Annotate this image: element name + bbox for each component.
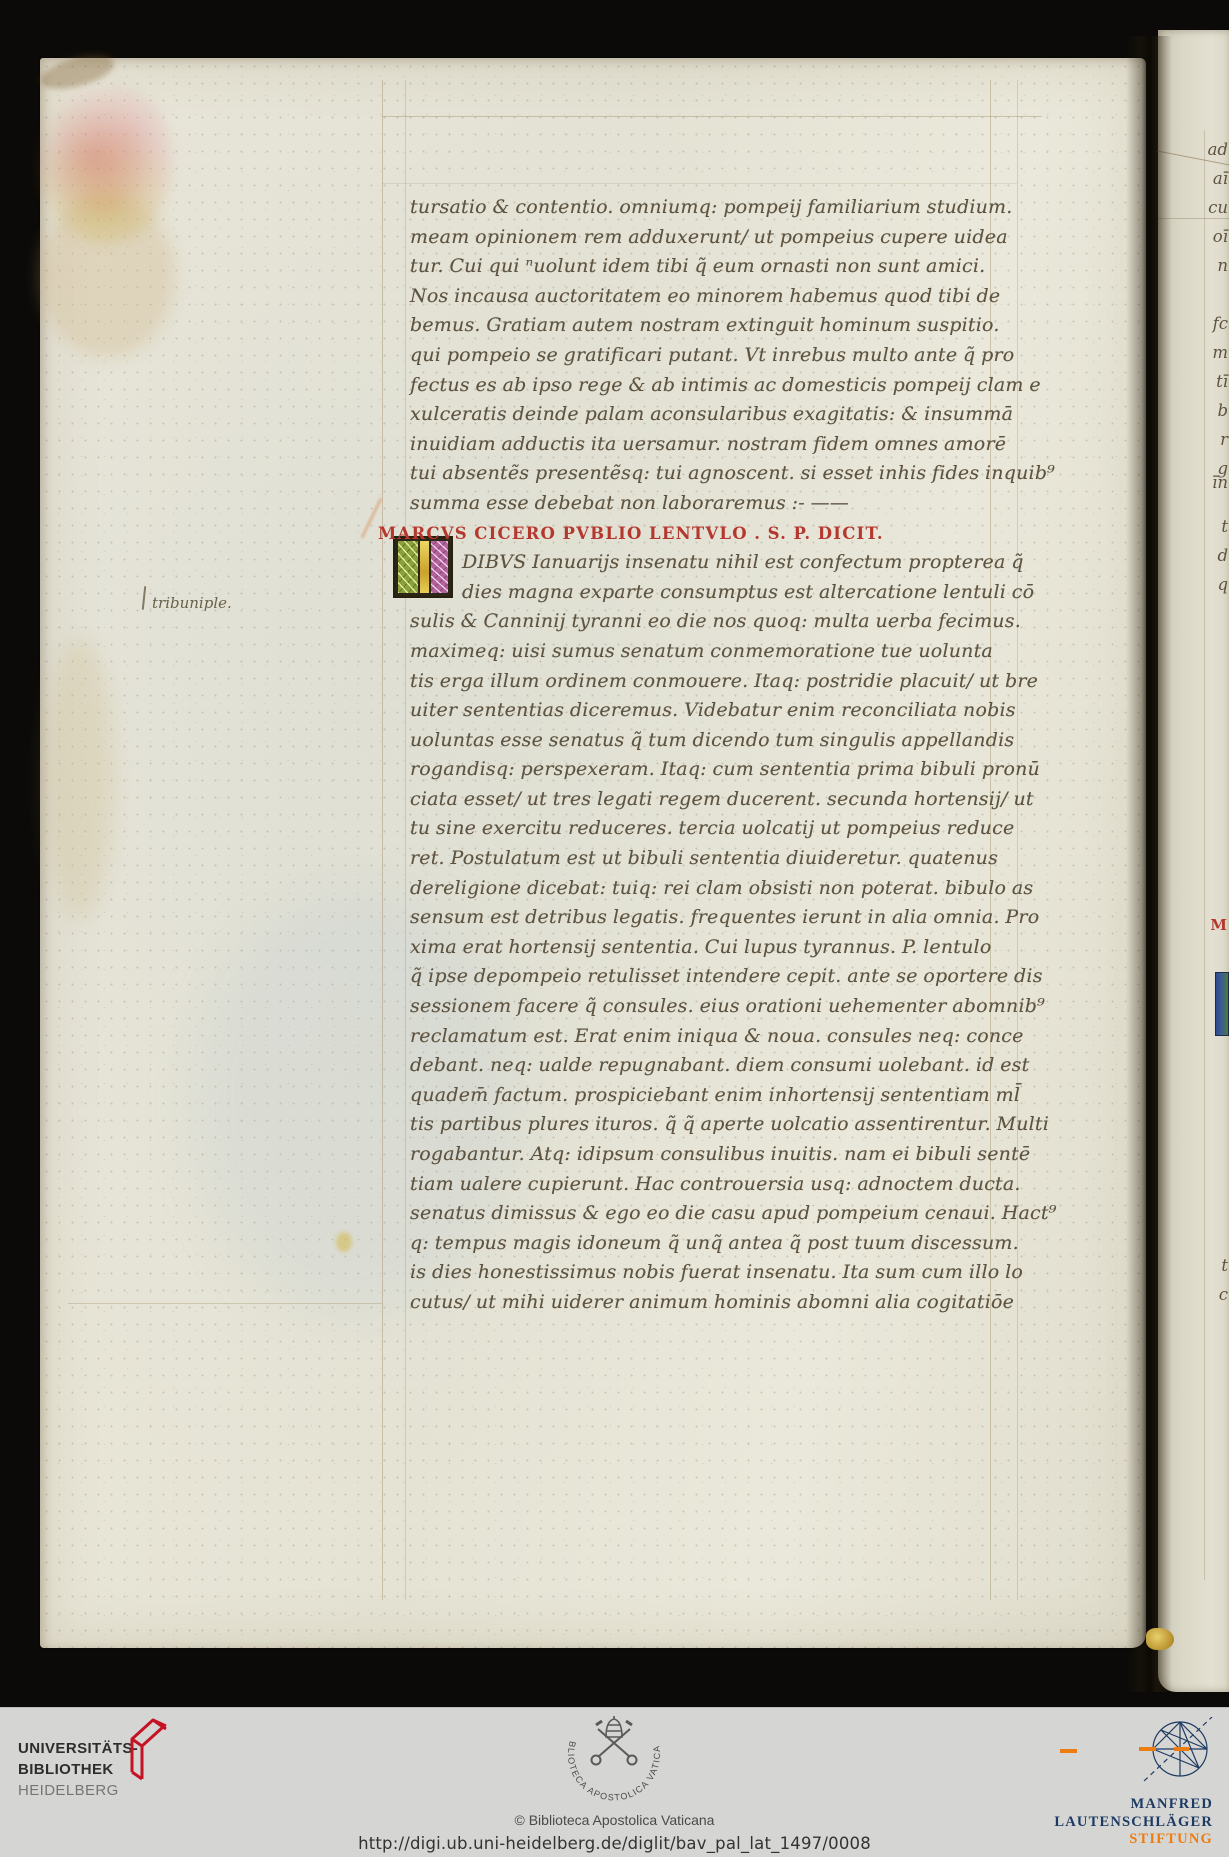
manuscript-line: rogabantur. Atq: idipsum consulibus inui… xyxy=(410,1140,1010,1170)
manuscript-line: inuidiam adductis ita uersamur. nostram … xyxy=(410,430,1010,460)
manuscript-line: xima erat hortensij sententia. Cui lupus… xyxy=(410,933,1010,963)
rubric-line: MARCVS CICERO PVBLIO LENTVLO . S. P. DIC… xyxy=(378,519,1010,549)
scan-viewport: I tursatio & contentio. omniumq: pompeij… xyxy=(0,0,1229,1857)
facing-text-fragment: cu xyxy=(1208,198,1228,218)
manuscript-line: tis erga illum ordinem conmouere. Itaq: … xyxy=(410,667,1010,697)
manuscript-line: uoluntas esse senatus q̃ tum dicendo tum… xyxy=(410,726,1010,756)
manuscript-line: quadem̄ factum. prospiciebant enim inhor… xyxy=(410,1081,1010,1111)
manuscript-line: dereligione dicebat: tuiq: rei clam obsi… xyxy=(410,874,1010,904)
manuscript-line: sensum est detribus legatis. frequentes … xyxy=(410,903,1010,933)
manuscript-line: q̃ ipse depompeio retulisset intendere c… xyxy=(410,962,1010,992)
orange-dash xyxy=(1060,1749,1077,1753)
stain xyxy=(336,1232,352,1252)
facing-text-fragment: īn xyxy=(1212,473,1228,493)
facing-text-fragment: c xyxy=(1219,1285,1228,1305)
manuscript-line: rogandisq: perspexeram. Itaq: cum senten… xyxy=(410,755,1010,785)
sewing-tab xyxy=(1146,1628,1174,1650)
manuscript-line: sessionem facere q̃ consules. eius orati… xyxy=(410,992,1010,1022)
book-gutter xyxy=(1126,36,1172,1692)
ruling-line xyxy=(382,80,383,1600)
manuscript-line: meam opinionem rem adduxerunt/ ut pompei… xyxy=(410,223,1010,253)
manuscript-line: debant. neq: ualde repugnabant. diem con… xyxy=(410,1051,1010,1081)
ruling-line xyxy=(405,80,406,1600)
manuscript-line: cutus/ ut mihi uiderer animum hominis ab… xyxy=(410,1288,1010,1318)
foundation-name-line1: MANFRED xyxy=(1054,1796,1213,1814)
document-url: http://digi.ub.uni-heidelberg.de/diglit/… xyxy=(0,1834,1229,1853)
foundation-name-line3: STIFTUNG xyxy=(1054,1831,1213,1849)
facing-text-fragment: fc xyxy=(1213,314,1228,334)
manuscript-line: qui pompeio se gratificari putant. Vt in… xyxy=(410,341,1010,371)
copyright-line: © Biblioteca Apostolica Vaticana xyxy=(0,1812,1229,1828)
manuscript-line: Nos incausa auctoritatem eo minorem habe… xyxy=(410,282,1010,312)
facing-text-fragment: q xyxy=(1217,575,1228,595)
ruling-line xyxy=(1017,80,1018,1600)
manuscript-line: tui absentẽs presentẽsq: tui agnoscent. … xyxy=(410,459,1010,489)
library-logo-text: UNIVERSITÄTS- BIBLIOTHEK HEIDELBERG xyxy=(18,1738,138,1801)
manuscript-line: maximeq: uisi sumus senatum conmemoratio… xyxy=(410,637,1010,667)
vatican-seal-icon: BIBLIOTECA APOSTOLICA VATICANA xyxy=(552,1715,676,1806)
manuscript-line: q: tempus magis idoneum q̃ unq̃ antea q̃… xyxy=(410,1229,1010,1259)
facing-text-fragment: aī xyxy=(1213,169,1228,189)
manuscript-line: is dies honestissimus nobis fuerat insen… xyxy=(410,1258,1010,1288)
manuscript-page: I tursatio & contentio. omniumq: pompeij… xyxy=(40,58,1146,1648)
facing-text-fragment: ad xyxy=(1208,140,1228,160)
facing-text-fragment: b xyxy=(1217,401,1228,421)
facing-text-fragment: d xyxy=(1217,546,1228,566)
footer-bar: UNIVERSITÄTS- BIBLIOTHEK HEIDELBERG BIBL… xyxy=(0,1707,1229,1857)
manuscript-line: bemus. Gratiam autem nostram extinguit h… xyxy=(410,311,1010,341)
library-name-line2: BIBLIOTHEK xyxy=(18,1759,138,1780)
manuscript-line: senatus dimissus & ego eo die casu apud … xyxy=(410,1199,1010,1229)
margin-note: tribuniple. xyxy=(152,594,232,612)
foundation-name-line2: LAUTENSCHLÄGER xyxy=(1054,1814,1213,1832)
facing-text-fragment: t xyxy=(1221,517,1228,537)
ruling-line xyxy=(382,116,1042,117)
facing-text-fragment: r xyxy=(1220,430,1228,450)
manuscript-line: dies magna exparte consumptus est alterc… xyxy=(410,578,1010,608)
facing-text-fragment: tī xyxy=(1216,372,1228,392)
facing-initial-fragment xyxy=(1215,972,1229,1036)
manuscript-line: tursatio & contentio. omniumq: pompeij f… xyxy=(410,193,1010,223)
pigment-offset-stain xyxy=(40,86,172,244)
manuscript-line: ret. Postulatum est ut bibuli sententia … xyxy=(410,844,1010,874)
library-name-line3: HEIDELBERG xyxy=(18,1780,138,1801)
ruling-line xyxy=(382,183,1017,184)
manuscript-line: ciata esset/ ut tres legati regem ducere… xyxy=(410,785,1010,815)
ruling-line xyxy=(1204,130,1205,1580)
facing-text-fragment: n xyxy=(1217,256,1228,276)
foundation-emblem-icon xyxy=(1136,1717,1214,1790)
manuscript-line: fectus es ab ipso rege & ab intimis ac d… xyxy=(410,371,1010,401)
manuscript-line: DIBVS Ianuarijs insenatu nihil est confe… xyxy=(410,548,1010,578)
ruling-line xyxy=(68,1303,382,1304)
manuscript-line: tiam ualere cupierunt. Hac controuersia … xyxy=(410,1170,1010,1200)
library-name-line1: UNIVERSITÄTS- xyxy=(18,1738,138,1759)
manuscript-line: sulis & Canninij tyranni eo die nos quoq… xyxy=(410,607,1010,637)
manuscript-line: uiter sententias diceremus. Videbatur en… xyxy=(410,696,1010,726)
stain xyxy=(45,638,115,918)
manuscript-line: xulceratis deinde palam aconsularibus ex… xyxy=(410,400,1010,430)
manuscript-line: tis partibus plures ituros. q̃ q̃ aperte… xyxy=(410,1110,1010,1140)
manuscript-line: reclamatum est. Erat enim iniqua & noua.… xyxy=(410,1022,1010,1052)
foundation-logo-text: MANFRED LAUTENSCHLÄGER STIFTUNG xyxy=(1054,1796,1213,1849)
facing-text-fragment: m xyxy=(1212,343,1228,363)
facing-text-fragment: t xyxy=(1221,1256,1228,1276)
facing-text-fragment: oī xyxy=(1213,227,1228,247)
manuscript-line: tu sine exercitu reduceres. tercia uolca… xyxy=(410,814,1010,844)
library-book-icon xyxy=(123,1716,169,1789)
text-block: tursatio & contentio. omniumq: pompeij f… xyxy=(410,193,1010,1318)
manuscript-line: tur. Cui qui ⁿuolunt idem tibi q̃ eum or… xyxy=(410,252,1010,282)
facing-rubric-fragment: M xyxy=(1210,916,1227,934)
manuscript-line: summa esse debebat non laboraremus :- —— xyxy=(410,489,1010,519)
